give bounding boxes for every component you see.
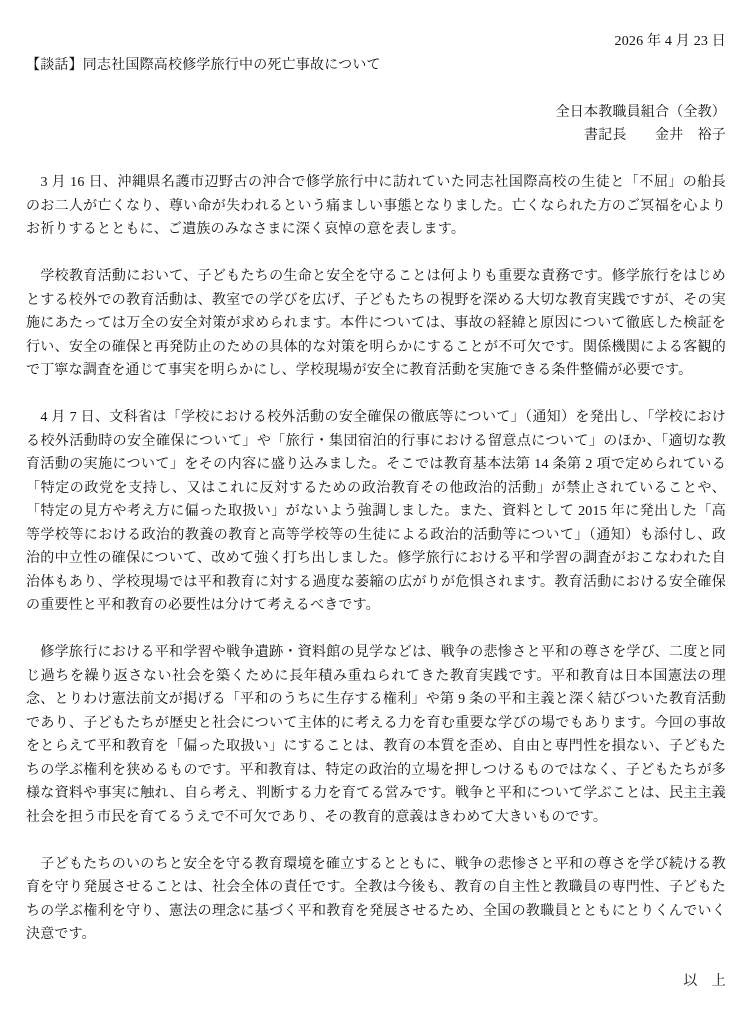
body-paragraph-2: 学校教育活動において、子どもたちの生命と安全を守ることは何よりも重要な責務です。… xyxy=(26,265,726,383)
document-page: 2026 年 4 月 23 日 【談話】同志社国際高校修学旅行中の死亡事故につい… xyxy=(0,0,740,1020)
body-paragraph-3: 4 月 7 日、文科省は「学校における校外活動の安全確保の徹底等について」（通知… xyxy=(26,406,726,618)
document-title: 【談話】同志社国際高校修学旅行中の死亡事故について xyxy=(26,54,726,78)
signatory-line: 書記長 金井 裕子 xyxy=(26,124,726,148)
body-paragraph-4: 修学旅行における平和学習や戦争遺跡・資料館の見学などは、戦争の悲惨さと平和の尊さ… xyxy=(26,641,726,829)
document-date: 2026 年 4 月 23 日 xyxy=(26,30,726,54)
body-paragraph-1: 3 月 16 日、沖縄県名護市辺野古の沖合で修学旅行中に訪れていた同志社国際高校… xyxy=(26,171,726,242)
closing-mark: 以 上 xyxy=(26,970,726,994)
body-paragraph-5: 子どもたちのいのちと安全を守る教育環境を確立するとともに、戦争の悲惨さと平和の尊… xyxy=(26,853,726,947)
organization-name: 全日本教職員組合（全教） xyxy=(26,101,726,125)
